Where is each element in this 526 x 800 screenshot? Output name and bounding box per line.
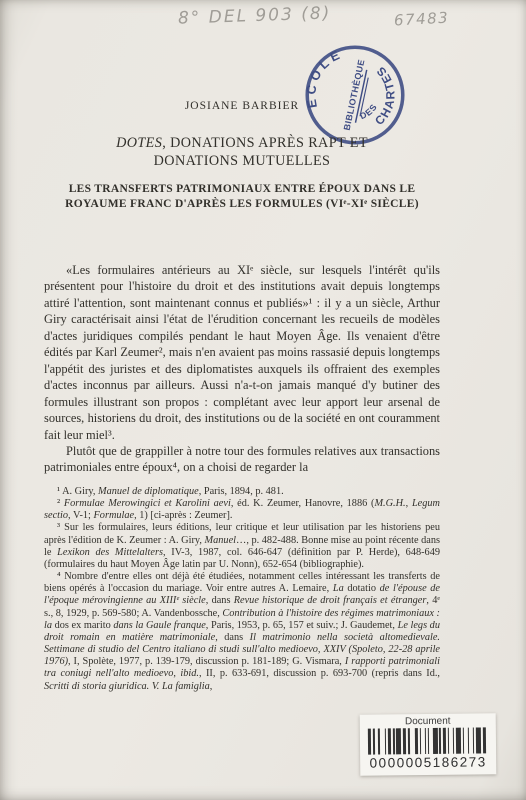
paragraph: «Les formulaires antérieurs au XIᵉ siècl… bbox=[44, 262, 440, 443]
barcode-title: Document bbox=[360, 713, 496, 727]
footnote: ² Formulae Merowingici et Karolini aevi,… bbox=[44, 498, 440, 522]
footnote: ¹ A. Giry, Manuel de diplomatique, Paris… bbox=[44, 486, 440, 498]
barcode-bars-icon bbox=[368, 727, 488, 754]
stamp-text-bibliotheque: BIBLIOTHÈQUE bbox=[342, 58, 372, 132]
title-line-2: DONATIONS MUTUELLES bbox=[44, 153, 440, 171]
subtitle-line-2: ROYAUME FRANC D'APRÈS LES FORMULES (VIᵉ-… bbox=[44, 197, 440, 212]
scanned-document-page: 8° DEL 903 (8) 67483 ECOLE CHARTES DES B… bbox=[0, 0, 526, 800]
footnote: ³ Sur les formulaires, leurs éditions, l… bbox=[44, 522, 440, 571]
author-name: JOSIANE BARBIER bbox=[44, 100, 440, 112]
body-text: «Les formulaires antérieurs au XIᵉ siècl… bbox=[44, 262, 440, 476]
title-line-1: DOTES, DONATIONS APRÈS RAPT ET bbox=[44, 135, 440, 153]
library-stamp-icon: ECOLE CHARTES DES BIBLIOTHÈQUE bbox=[301, 41, 409, 149]
stamp-text-chartes: CHARTES bbox=[372, 63, 397, 128]
footnotes: ¹ A. Giry, Manuel de diplomatique, Paris… bbox=[44, 486, 440, 693]
article-title: DOTES, DONATIONS APRÈS RAPT ET DONATIONS… bbox=[44, 135, 440, 170]
barcode-label: Document 0000005186273 bbox=[360, 713, 497, 775]
barcode-number: 0000005186273 bbox=[360, 753, 496, 771]
article-subtitle: LES TRANSFERTS PATRIMONIAUX ENTRE ÉPOUX … bbox=[44, 182, 440, 212]
paragraph: Plutôt que de grappiller à notre tour de… bbox=[44, 443, 440, 476]
footnote: ⁴ Nombre d'entre elles ont déjà été étud… bbox=[44, 571, 440, 693]
handwritten-accession-number: 67483 bbox=[394, 9, 450, 30]
handwritten-shelfmark: 8° DEL 903 (8) bbox=[178, 3, 332, 28]
subtitle-line-1: LES TRANSFERTS PATRIMONIAUX ENTRE ÉPOUX … bbox=[44, 182, 440, 197]
